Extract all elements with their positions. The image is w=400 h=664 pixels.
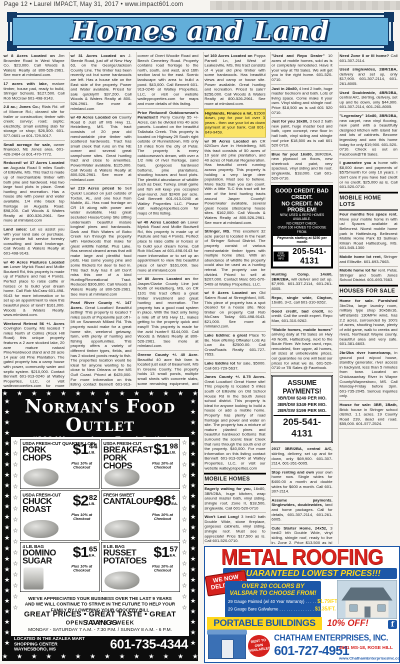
- classified-ad: I guarantee you a home with $8,000 down …: [339, 159, 398, 192]
- product-photo: [104, 469, 139, 487]
- classified-ad: Mobile home lot for rent. Petal, Stringe…: [339, 267, 398, 285]
- banner-corner-ornament: [384, 41, 394, 51]
- classified-ad: w/ 49 Acres Located on County Road 6 Jus…: [70, 114, 132, 185]
- classified-ad: Need Zone II or III home? Call 601-307-2…: [339, 52, 398, 66]
- classified-ad: Assume payments. Singlewides, doublewide…: [271, 496, 333, 524]
- classified-column-6: Need Zone II or III home? Call 601-307-2…: [338, 52, 399, 544]
- classified-ad: Used singlewides, 2BR/1BA, delivery and …: [339, 66, 398, 89]
- product-cell-domino-sugar: 4 LB. BAG DOMINO SUGAR $1 65EA. Plus 10%…: [20, 542, 99, 592]
- product-price: $1 65EA.: [73, 546, 98, 560]
- classified-ad: Pearl River County +/- 147 Acres. Great …: [70, 299, 132, 387]
- store-hours: MONDAY - SATURDAY 7 A.M. - 7:30 P.M. / S…: [20, 627, 180, 633]
- ad-payments-line: Payments starting at $250 per month: [273, 236, 331, 245]
- classified-ad: Highlands, Finance a lot, $1500 down, pa…: [204, 109, 266, 137]
- classified-ad: Just in 28x80, 4 bed 2 bath, huge master…: [271, 85, 333, 118]
- classified-ad: corner of Overt Woodie Road and Beech Ce…: [137, 52, 199, 109]
- ad-headline: GOOD CREDIT. BAD CREDIT.: [273, 188, 331, 201]
- good-credit-display-ad: GOOD CREDIT. BAD CREDIT. NO CREDIT. NO P…: [271, 185, 333, 268]
- section-title: Homes and Land: [71, 19, 330, 45]
- phone-number: 205-541-4131: [289, 247, 331, 266]
- product-price: $1 44LB.: [73, 443, 98, 457]
- normans-food-outlet-ad: ★ ★ ★ ★ ★ ★ ★ ★ ★ ★ ★ ★ ★ ★ ★ ★ ★ ★ ★ ★ …: [2, 389, 198, 661]
- store-footer: LOCATED IN THE AZALEA MART SHOPPING CENT…: [11, 636, 189, 652]
- rent-to-own-badge: RENT TO OWN AVAILABLE!!: [247, 634, 272, 659]
- product-cell-pork-chops: USDA FRESH-CUT QUARTER LOIN PORK CHOPS $…: [20, 439, 99, 489]
- more-info-label: FOR MORE INFO: [274, 251, 289, 261]
- product-grid: USDA FRESH-CUT QUARTER LOIN PORK CHOPS $…: [20, 439, 180, 592]
- star-border: ☆ ☆ ☆ ☆ ☆ ☆ ☆ ☆ ☆ ☆ ☆ ☆ ☆ ☆ ☆ ☆: [12, 437, 20, 616]
- ad-subheadline: GUARANTEED LOWEST PRICES!!!: [223, 568, 397, 579]
- price-label: 29 Gauge Bare Galvalume . . . . . . . . …: [228, 606, 314, 611]
- banner-corner-ornament: [384, 12, 394, 22]
- store-location: LOCATED IN THE AZALEA MART SHOPPING CENT…: [14, 636, 109, 647]
- store-city: WAYNESBORO, MS: [14, 647, 109, 652]
- newspaper-page: Page 12 • Laurel IMPACT, May 31, 2017 • …: [0, 0, 400, 664]
- classified-ad: Four months free space rent. Move your m…: [339, 211, 398, 253]
- classified-ad: 2.8 ac.; Jones Co.; Rials Rd. off of Mon…: [3, 103, 65, 141]
- company-name: CHATHAM ENTERPRISES, INC.: [274, 633, 391, 643]
- product-photo: [24, 469, 59, 487]
- classified-ad: 2017 3BR/2BA, central A/C, skirting, del…: [271, 445, 333, 468]
- house-photo: [337, 580, 397, 619]
- product-name: CHUCK ROAST: [23, 498, 67, 514]
- section-header: MOBILE HOMES: [204, 473, 266, 485]
- star-border: ★ ★ ★ ★ ★ ★ ★ ★ ★ ★ ★ ★ ★ ★ ★ ★ ★ ★ ★ ★ …: [189, 396, 198, 654]
- classified-ad: Hunting Comp. 14x60, 3BR/2BA, will deliv…: [271, 271, 333, 294]
- classified-column-3: corner of Overt Woodie Road and Beech Ce…: [136, 52, 200, 387]
- star-border: ★ ★ ★ ★ ★ ★ ★ ★ ★ ★ ★ ★ ★ ★ ★ ★ ★ ★: [2, 652, 198, 661]
- classified-ad: Greene County +/- 40 Acre. Beautiful 40 …: [137, 351, 199, 387]
- classified-ad: Reduced! w/ 37 Acres Located on Augusta …: [3, 159, 65, 225]
- ad-line: 3BR/DW $349 PER MO.: [274, 401, 331, 407]
- classified-ad: Just for you 16x80, 3 bed 2 bath new pai…: [271, 118, 333, 151]
- banner-corner-ornament: [7, 41, 17, 51]
- ad-headline: NO CREDIT. NO PROBLEM!: [273, 201, 331, 214]
- phone-number: 601-735-4344: [109, 636, 189, 652]
- classified-ad: 2br/2ba river home/camp, in ground pool …: [339, 349, 398, 401]
- phone-number: 205-541-4131: [274, 415, 331, 440]
- price-value: $1.79/FT.: [317, 599, 338, 605]
- metal-roofing-ad: METAL ROOFING GUARANTEED LOWEST PRICES!!…: [204, 546, 400, 663]
- ad-line: NEW, USED & REPO HOMES AVAILABLE.: [273, 213, 331, 221]
- product-name: BREAKFAST PORK CHOPS: [103, 446, 147, 470]
- classified-ad: Repo, single wide, Clayton, 16x80, 3+2, …: [271, 294, 333, 308]
- company-website: www.ChathamEnterprisesInc.com: [339, 656, 399, 661]
- classified-column-2: w/ 31 Acres Located on J. Steede Road, j…: [69, 52, 133, 387]
- classified-ad: Won't Last Long! 3 bed/2 bath Double Wid…: [204, 513, 266, 544]
- classified-ad: Stop renting and own your own home now. …: [271, 468, 333, 496]
- store-open-line: OPEN 7 DAYS A WEEK: [20, 620, 180, 626]
- product-photo: [104, 572, 139, 590]
- section-header: HOUSES FOR SALE: [339, 285, 398, 297]
- ad-line: 2BR/SW $199 PER MO.: [274, 407, 331, 413]
- classified-ad: "Mobile homes, mobile homes" arriving da…: [271, 326, 333, 373]
- classified-ad: w/ 9 Acres Located on Old Salem Road at …: [204, 289, 266, 331]
- classified-ad: Good credit, bad credit, no credit. Call…: [271, 307, 333, 325]
- classified-column-1: w/ 8 Acres Located on Jim Brownlee Road …: [3, 52, 66, 387]
- classified-ad: Stringer, MS. This excellent 32 acre par…: [204, 228, 266, 290]
- banner-corner-ornament: [7, 12, 17, 22]
- product-note: Plus 10% at Checkout: [148, 565, 178, 573]
- classified-ad: Land sales: Let us assist you with your …: [3, 226, 65, 259]
- product-note: Plus 10% at Checkout: [67, 513, 97, 521]
- portable-building-photo: [208, 633, 246, 659]
- portable-buildings-label: PORTABLE BUILDINGS: [207, 617, 322, 630]
- classified-ad: Mobile home lot rent, Stringer and Ellis…: [339, 253, 398, 267]
- product-cell-cantaloupe: FRESH SWEET CANTALOUPE 98 ¢EA. Plus 10% …: [101, 491, 180, 541]
- product-cell-chuck-roast: USDA FRESH-CUT CHUCK ROAST $2 82LB. Plus…: [20, 491, 99, 541]
- product-name: PORK CHOPS: [23, 446, 67, 462]
- ad-line: OVER 100 HOMES TO CHOOSE FROM.: [273, 226, 331, 234]
- classified-ad: 17 acres with lake, mature timber, house…: [3, 80, 65, 103]
- classified-ad: Small acreage for sale, owner financed, …: [3, 141, 65, 159]
- classified-ad: w/ 31 Acres Located on J. Steede Road, j…: [70, 52, 132, 114]
- facebook-icon: f: [388, 620, 397, 629]
- classified-column-5: "Used and Repo Dealer" 10 acres of mobil…: [270, 52, 334, 544]
- classified-ad: Eagerly waiting for you, 16x80, 3BR/2BA,…: [204, 485, 266, 513]
- ad-headline: ASSUME PAYMENTS!: [274, 378, 331, 395]
- company-address: 4631 MS-18, ROSE HILL: [339, 645, 398, 651]
- price-value: $1.35/FT.: [315, 606, 336, 612]
- classified-ad: Lake Eddins: a great Place To Be. Now of…: [204, 332, 266, 360]
- classified-ad: Jones County +/- 8.75 Acres. Great Locat…: [204, 373, 266, 473]
- classified-ad: w/ 40 Acres Pastures Located on Lower My…: [3, 258, 65, 320]
- product-photo: [24, 568, 44, 590]
- product-name: RUSSET POTATOES: [103, 549, 147, 565]
- product-note: Plus 10% at Checkout: [148, 462, 178, 470]
- classified-ad: Weekend Retreat 56 +/- Acres Covington C…: [3, 320, 65, 387]
- store-name: Norman's Food Outlet: [11, 397, 189, 434]
- classified-ad: Home for sale. Furnished 3br/2ba, large …: [339, 297, 398, 349]
- product-note: Plus 10% at Checkout: [67, 462, 97, 470]
- classified-ad: w/ 8 Acres Located on Jim Brownlee Road …: [3, 52, 65, 80]
- ad-line: 3BR/DW $249 PER MO.: [274, 395, 331, 401]
- page-folio: Page 12 • Laurel IMPACT, May 31, 2017 • …: [4, 2, 183, 8]
- classified-ad: "Legendary" 16x80, 3BR/2BA, new carpet, …: [339, 112, 398, 159]
- product-price: $1 98LB.: [153, 443, 178, 457]
- classified-ad: Cute Starter Home, 24x52, 3 bed/2 bth Do…: [271, 524, 333, 544]
- price-label: 29 Gauge Painted (w/ 40 Year Warranty) .…: [228, 599, 316, 604]
- folio-decoration: [210, 1, 400, 10]
- classified-ad: Used Doublewide, 4BR/2BA, central A/C, s…: [339, 89, 398, 112]
- ad-headline: METAL ROOFING: [215, 546, 390, 570]
- discount-label: 10% OFF!: [327, 618, 369, 629]
- product-cell-russet-potatoes: 8 LB. BAG RUSSET POTATOES $1 57EA. Plus …: [101, 542, 180, 592]
- product-price: 98 ¢EA.: [155, 494, 178, 508]
- classified-ad: w/ 160 Acres Located on Poppa Parnell Ln…: [204, 52, 266, 109]
- product-note: Plus 10% at Checkout: [148, 513, 178, 521]
- product-photo: [24, 520, 59, 538]
- section-banner: Homes and Land: [8, 13, 393, 50]
- classified-ad: Blue for you! 16x80, 3BR/2BA, new plywoo…: [271, 150, 333, 183]
- classified-ad: w/ 40 Acres Located on Lower Myrick Road…: [137, 218, 199, 275]
- classified-ad: House for sale: 3BR, 1Bath, Brick house …: [339, 401, 398, 429]
- product-note: Plus 10% at Checkout: [67, 565, 97, 573]
- assume-payments-display-ad: ASSUME PAYMENTS! 3BR/DW $249 PER MO. 3BR…: [271, 375, 333, 443]
- product-photo: [104, 520, 139, 538]
- classified-ad: w/ 80 Acres Located on the Jasper/Clarke…: [137, 275, 199, 351]
- star-border: ☆ ☆ ☆ ☆ ☆ ☆ ☆ ☆ ☆ ☆ ☆ ☆ ☆ ☆ ☆ ☆: [181, 437, 189, 616]
- product-cell-breakfast-pork-chops: USDA FRESH-CUT BREAKFAST PORK CHOPS $1 9…: [101, 439, 180, 489]
- colors-line-2: VALSPAR TO CHOOSE FROM!: [230, 589, 317, 596]
- classified-ad: Lake Eddins lot for sale, $5000. Call 60…: [204, 360, 266, 374]
- classified-ad: "Used and Repo Dealer" 10 acres of mobil…: [271, 52, 333, 85]
- product-price: $1 57EA.: [153, 546, 178, 560]
- classified-ad: w/ 219 Acres priced to Sell Quick! Locat…: [70, 185, 132, 299]
- classified-ad: w/ 90 Acres Located on CR 62/Gum Ave in …: [204, 137, 266, 227]
- product-price: $2 82LB.: [73, 494, 98, 508]
- colors-price-panel: OVER 20 COLORS BY VALSPAR TO CHOOSE FROM…: [225, 581, 321, 618]
- product-name: DOMINO SUGAR: [23, 549, 67, 565]
- classified-column-4: w/ 160 Acres Located on Poppa Parnell Ln…: [203, 52, 267, 544]
- phone-number: 601-727-4951: [274, 643, 349, 659]
- classified-ad: Price Reduced! Outdoorsman's Paradise!!!…: [137, 109, 199, 219]
- product-name: CANTALOUPE: [103, 498, 147, 506]
- section-header: MOBILE HOME LOTS: [339, 192, 398, 211]
